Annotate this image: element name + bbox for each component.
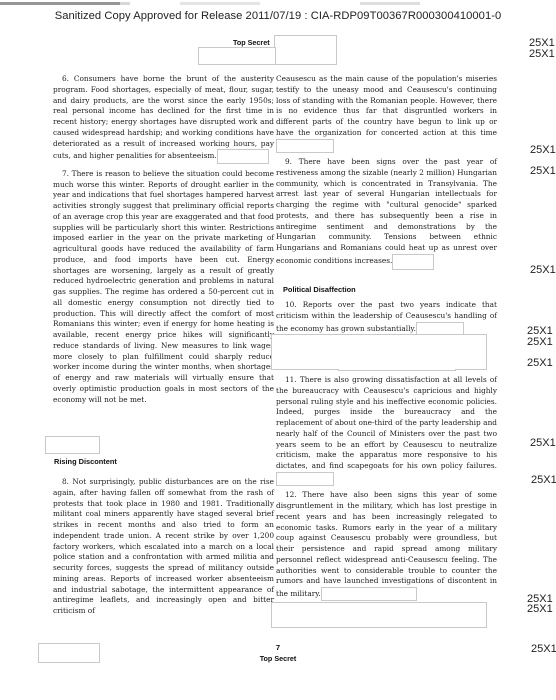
- left-column: 6. Consumers have borne the brunt of the…: [53, 74, 274, 410]
- redaction-box: [321, 587, 417, 601]
- redaction-code: 25X1: [530, 166, 556, 177]
- left-column-lower: 8. Not surprisingly, public disturbances…: [53, 477, 274, 617]
- redaction-box: [276, 472, 334, 486]
- redaction-code: 25X1: [527, 358, 553, 369]
- redaction-box: [392, 254, 434, 270]
- paragraph-10: 10. Reports over the past two years indi…: [276, 300, 497, 336]
- redaction-box: [271, 602, 487, 628]
- paragraph-7: 7. There is reason to believe the situat…: [53, 169, 274, 406]
- paragraph-8-continued: Ceausescu as the main cause of the popul…: [276, 74, 497, 153]
- redaction-code: 25X1: [531, 475, 556, 486]
- page-number: 7: [0, 643, 556, 652]
- redaction-box: [217, 149, 269, 164]
- paragraph-8: 8. Not surprisingly, public disturbances…: [53, 477, 274, 617]
- paragraph-6: 6. Consumers have borne the brunt of the…: [53, 74, 274, 164]
- paragraph-11: 11. There is also growing dissatisfactio…: [276, 375, 497, 486]
- header-classification: Top Secret: [233, 38, 270, 47]
- redaction-box: [271, 334, 487, 370]
- redaction-box: [274, 35, 337, 65]
- redaction-box: [45, 436, 100, 454]
- redaction-code: 25X1: [530, 265, 556, 276]
- scan-artifact-line: [0, 2, 556, 5]
- right-column-lower: 11. There is also growing dissatisfactio…: [276, 375, 497, 601]
- section-heading-rising-discontent: Rising Discontent: [54, 457, 117, 466]
- right-column-middle: 10. Reports over the past two years indi…: [276, 300, 497, 336]
- paragraph-12: 12. There have also been signs this year…: [276, 490, 497, 601]
- redaction-box-edge: [338, 369, 456, 371]
- redaction-code: 25X1: [527, 604, 553, 615]
- redaction-code: 25X1: [527, 337, 553, 348]
- redaction-code: 25X1: [530, 438, 556, 449]
- redaction-box: [276, 139, 334, 153]
- footer-classification: Top Secret: [0, 654, 556, 663]
- redaction-code: 25X1: [530, 145, 556, 156]
- paragraph-9: 9. There have been signs over the past y…: [276, 157, 497, 270]
- section-heading-political-disaffection: Political Disaffection: [283, 285, 356, 294]
- release-stamp: Sanitized Copy Approved for Release 2011…: [0, 10, 556, 22]
- redaction-box: [198, 47, 276, 65]
- right-column: Ceausescu as the main cause of the popul…: [276, 74, 497, 274]
- redaction-code: 25X1: [529, 49, 555, 60]
